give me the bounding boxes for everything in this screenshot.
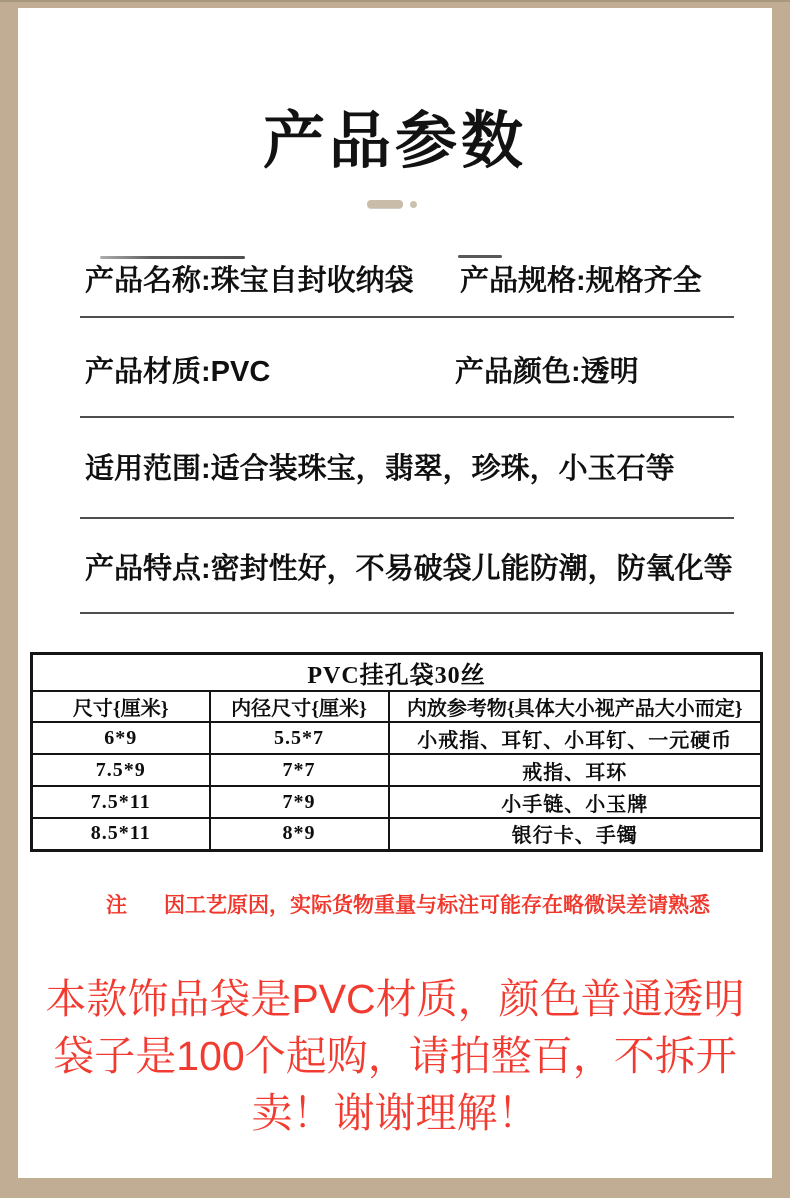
- product-parameters-sheet: 产品参数 产品名称:珠宝自封收纳袋 产品规格:规格齐全 产品材质:PVC 产品颜…: [0, 0, 790, 1198]
- smudge-artifact: [458, 255, 502, 258]
- divider-rule: [80, 416, 734, 418]
- spec-product-name: 产品名称:珠宝自封收纳袋: [85, 261, 414, 301]
- divider-rule: [80, 612, 734, 614]
- column-header-inner-size: 内径尺寸{厘米}: [210, 691, 389, 722]
- table-cell-reference-items: 戒指、耳环: [389, 754, 762, 786]
- table-cell-inner-size: 7*7: [210, 754, 389, 786]
- table-cell-size: 6*9: [32, 722, 210, 754]
- table-title-row: PVC挂孔袋30丝: [32, 654, 762, 692]
- divider-rule: [80, 316, 734, 318]
- spec-product-color: 产品颜色:透明: [455, 352, 639, 392]
- notice-line-1: 本款饰品袋是PVC材质，颜色普通透明: [18, 971, 772, 1028]
- spec-product-material: 产品材质:PVC: [85, 352, 270, 392]
- table-cell-inner-size: 5.5*7: [210, 722, 389, 754]
- spec-product-features: 产品特点:密封性好，不易破袋儿能防潮，防氧化等: [85, 549, 733, 589]
- table-cell-reference-items: 小手链、小玉牌: [389, 786, 762, 818]
- note-label: 注: [106, 893, 127, 919]
- table-cell-reference-items: 小戒指、耳钉、小耳钉、一元硬币: [389, 722, 762, 754]
- spec-applicable-range: 适用范围:适合装珠宝，翡翠，珍珠，小玉石等: [85, 449, 675, 489]
- note-text: 因工艺原因，实际货物重量与标注可能存在略微误差请熟悉: [164, 893, 710, 919]
- notice-line-3: 卖！谢谢理解！: [18, 1085, 772, 1142]
- title-divider-pill: [367, 200, 403, 208]
- smudge-artifact: [100, 256, 245, 259]
- column-header-size: 尺寸{厘米}: [32, 691, 210, 722]
- table-cell-inner-size: 7*9: [210, 786, 389, 818]
- notice-line-2: 袋子是100个起购，请拍整百，不拆开: [18, 1028, 772, 1085]
- table-cell-size: 8.5*11: [32, 818, 210, 850]
- size-reference-table: PVC挂孔袋30丝 尺寸{厘米} 内径尺寸{厘米} 内放参考物{具体大小视产品大…: [30, 652, 763, 852]
- table-row: 6*9 5.5*7 小戒指、耳钉、小耳钉、一元硬币: [32, 722, 762, 754]
- table-cell-size: 7.5*9: [32, 754, 210, 786]
- top-edge-line: [0, 0, 790, 2]
- table-cell-reference-items: 银行卡、手镯: [389, 818, 762, 850]
- column-header-reference-items: 内放参考物{具体大小视产品大小而定}: [389, 691, 762, 722]
- table-row: 7.5*11 7*9 小手链、小玉牌: [32, 786, 762, 818]
- table-header-row: 尺寸{厘米} 内径尺寸{厘米} 内放参考物{具体大小视产品大小而定}: [32, 691, 762, 722]
- title-divider-dot: [410, 201, 417, 208]
- table-row: 8.5*11 8*9 银行卡、手镯: [32, 818, 762, 850]
- table-title: PVC挂孔袋30丝: [32, 654, 762, 692]
- table-cell-size: 7.5*11: [32, 786, 210, 818]
- table-cell-inner-size: 8*9: [210, 818, 389, 850]
- purchase-notice: 本款饰品袋是PVC材质，颜色普通透明 袋子是100个起购，请拍整百，不拆开 卖！…: [18, 971, 772, 1142]
- spec-product-size: 产品规格:规格齐全: [460, 261, 702, 301]
- divider-rule: [80, 517, 734, 519]
- table-row: 7.5*9 7*7 戒指、耳环: [32, 754, 762, 786]
- page-title: 产品参数: [0, 110, 790, 174]
